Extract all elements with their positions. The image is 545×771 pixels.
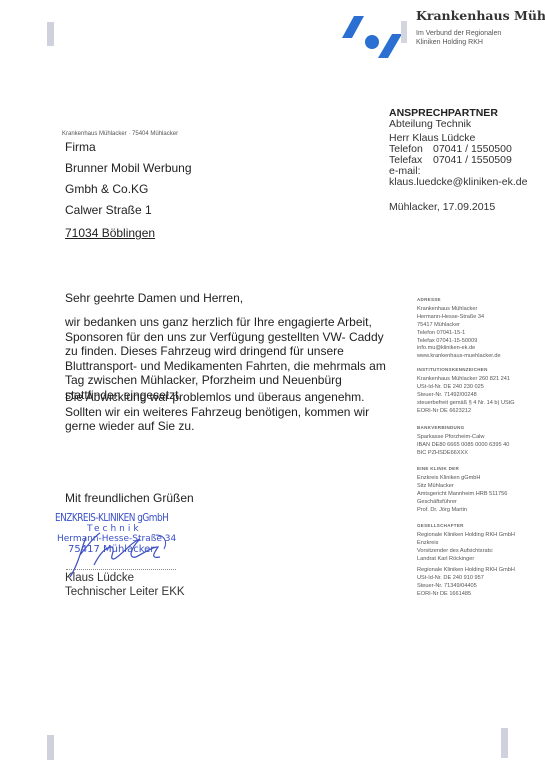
hospital-affiliation: Im Verbund der Regionalen Kliniken Holdi… — [416, 29, 501, 47]
sidebar-bank: BANKVERBINDUNG Sparkasse Pforzheim-Calw … — [417, 424, 542, 458]
rkh-logo-icon — [342, 14, 402, 60]
sidebar-shareholders: GESELLSCHAFTER Regionale Kliniken Holdin… — [417, 522, 542, 564]
recipient-company-form: Gmbh & Co.KG — [65, 182, 148, 196]
contact-block: ANSPRECHPARTNER Abteilung Technik Herr K… — [389, 108, 527, 213]
contact-email[interactable]: klaus.luedcke@kliniken-ek.de — [389, 177, 527, 188]
signer-name: Klaus Lüdcke — [65, 572, 185, 586]
signature-line — [66, 569, 176, 570]
recipient-line-1: Firma — [65, 140, 96, 154]
recipient-city: 71034 Böblingen — [65, 226, 155, 240]
salutation: Sehr geehrte Damen und Herren, — [65, 291, 395, 306]
sidebar-address: ADRESSE Krankenhaus Mühlacker Hermann-He… — [417, 296, 542, 361]
brand-divider — [401, 21, 407, 43]
body-paragraph-1: wir bedanken uns ganz herzlich für Ihre … — [65, 315, 395, 402]
signer-title: Technischer Leiter EKK — [65, 586, 185, 600]
closing: Mit freundlichen Grüßen — [65, 491, 395, 506]
sidebar-holding: Regionale Kliniken Holding RKH GmbH USt-… — [417, 567, 542, 599]
sidebar-institution: INSTITUTIONSKENNZEICHEN Krankenhaus Mühl… — [417, 366, 542, 415]
letter-date: Mühlacker, 17.09.2015 — [389, 202, 527, 213]
scan-mark-bottom-left — [47, 735, 54, 760]
recipient-street: Calwer Straße 1 — [65, 203, 152, 217]
scan-mark-top-left — [47, 22, 54, 46]
hospital-name: Krankenhaus Mühlacker — [416, 8, 545, 23]
recipient-company: Brunner Mobil Werbung — [65, 161, 192, 175]
scan-mark-bottom-right — [501, 728, 508, 758]
sender-return-line: Krankenhaus Mühlacker · 75404 Mühlacker — [62, 131, 178, 137]
signer-block: Klaus Lüdcke Technischer Leiter EKK — [65, 572, 185, 599]
contact-department: Abteilung Technik — [389, 119, 527, 130]
body-paragraph-2: Die Abwicklung war problemlos und überau… — [65, 390, 395, 434]
sidebar-clinic: EINE KLINIK DER Enzkreis Kliniken gGmbH … — [417, 465, 542, 514]
